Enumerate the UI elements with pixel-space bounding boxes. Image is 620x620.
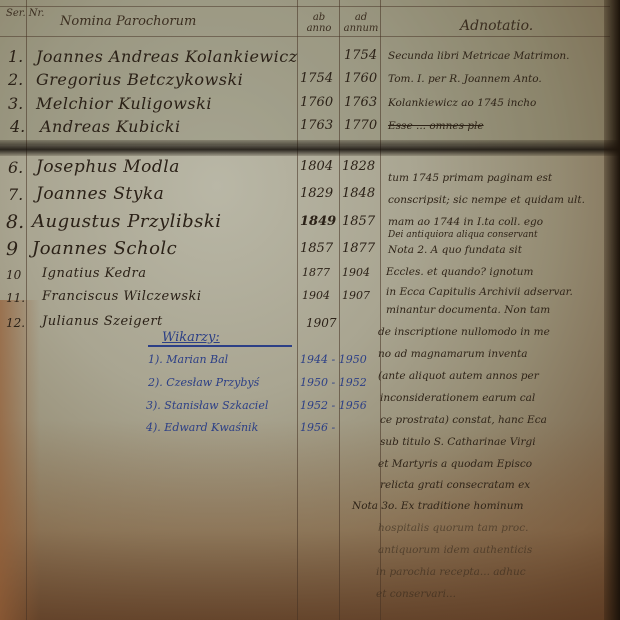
annotation-line: Kolankiewicz ao 1745 incho: [388, 97, 536, 109]
year-to: 1848: [342, 186, 375, 201]
annotation-line: Dei antiquiora aliqua conservant: [388, 230, 538, 240]
annotation-line: in Ecca Capitulis Archivii adservar.: [386, 286, 573, 298]
vicar-years: 1952 - 1956: [300, 399, 367, 412]
annotation-line: (ante aliquot autem annos per: [378, 370, 539, 382]
annotation-line: sub titulo S. Catharinae Virgi: [380, 436, 536, 448]
register-page: Ser. Nr. Nomina Parochorum ab anno ad an…: [0, 0, 620, 620]
annotation-line: Eccles. et quando? ignotum: [386, 266, 533, 278]
row-number: 9: [6, 238, 18, 260]
row-number: 7.: [8, 185, 23, 204]
row-number: 8.: [6, 211, 24, 233]
pastor-name: Ignatius Kedra: [42, 266, 146, 281]
annotation-line: inconsiderationem earum cal: [380, 392, 535, 404]
header-number: Ser. Nr.: [6, 8, 44, 19]
year-to: 1754: [344, 48, 377, 63]
annotation-line: minantur documenta. Non tam: [386, 304, 550, 316]
annotation-line: no ad magnamarum inventa: [378, 348, 528, 360]
annotation-line: in parochia recepta... adhuc: [376, 566, 526, 578]
edge-stain: [0, 300, 40, 620]
annotation-line: Esse ... omnes ple: [388, 120, 484, 132]
year-from: 1907: [306, 316, 337, 330]
row-number: 10: [6, 268, 21, 282]
vicars-heading: Wikarzy:: [162, 330, 220, 345]
year-to: 1770: [344, 118, 377, 133]
vicar-years: 1950 - 1952: [300, 376, 367, 389]
vicar-name: 2). Czesław Przybyś: [148, 376, 259, 389]
year-to: 1760: [344, 71, 377, 86]
annotation-line: relicta grati consecratam ex: [380, 479, 530, 491]
year-to: 1904: [342, 266, 370, 279]
year-to: 1907: [342, 289, 370, 302]
year-from: 1760: [300, 95, 333, 110]
pastor-name: Franciscus Wilczewski: [42, 289, 202, 304]
vicars-underline: [148, 345, 292, 347]
annotation-line: mam ao 1744 in I.ta coll. ego: [388, 216, 543, 228]
annotation-line: hospitalis quorum tam proc.: [378, 522, 528, 534]
annotation-line: tum 1745 primam paginam est: [388, 172, 552, 184]
header-names: Nomina Parochorum: [60, 14, 196, 29]
year-to: 1877: [342, 241, 375, 256]
annotation-line: ce prostrata) constat, hanc Eca: [380, 414, 547, 426]
row-rule: [0, 6, 610, 7]
row-number: 1.: [8, 47, 23, 66]
vicar-years: 1944 - 1950: [300, 353, 367, 366]
annotation-line: et Martyris a quodam Episco: [378, 458, 532, 470]
pastor-name: Joannes Scholc: [32, 238, 177, 259]
annotation-line: Tom. I. per R. Joannem Anto.: [388, 73, 542, 85]
header-from: ab anno: [300, 12, 338, 34]
pastor-name: Julianus Szeigert: [42, 314, 163, 329]
annotation-line: et conservari...: [376, 588, 456, 600]
page-edge: [604, 0, 620, 620]
year-from: 1849: [300, 214, 336, 229]
year-to: 1828: [342, 159, 375, 174]
page-fold: [0, 140, 620, 156]
pastor-name: Joannes Andreas Kolankiewicz: [36, 47, 298, 66]
annotation-line: Nota 3o. Ex traditione hominum: [352, 500, 523, 512]
row-number: 11.: [6, 291, 25, 305]
pastor-name: Andreas Kubicki: [40, 117, 181, 136]
header-rule: [0, 36, 610, 37]
vicar-name: 3). Stanisław Szkaciel: [146, 399, 268, 412]
column-rule: [339, 0, 340, 620]
year-from: 1857: [300, 241, 333, 256]
column-rule: [297, 0, 298, 620]
year-from: 1754: [300, 71, 333, 86]
row-number: 3.: [8, 94, 23, 113]
annotation-line: Nota 2. A quo fundata sit: [388, 244, 522, 256]
header-notes: Adnotatio.: [460, 18, 533, 34]
vicar-years: 1956 -: [300, 421, 335, 434]
annotation-line: de inscriptione nullomodo in me: [378, 326, 550, 338]
annotation-line: conscripsit; sic nempe et quidam ult.: [388, 194, 585, 206]
row-number: 6.: [8, 158, 23, 177]
pastor-name: Augustus Przylibski: [32, 211, 222, 232]
annotation-line: antiquorum idem authenticis: [378, 544, 532, 556]
pastor-name: Joannes Styka: [36, 184, 164, 204]
pastor-name: Josephus Modla: [36, 157, 180, 177]
row-number: 2.: [8, 70, 23, 89]
water-stain: [0, 420, 620, 620]
row-number: 4.: [10, 117, 25, 136]
column-rule: [26, 0, 27, 620]
year-to: 1857: [342, 214, 375, 229]
year-from: 1877: [302, 266, 330, 279]
vicar-name: 4). Edward Kwaśnik: [146, 421, 258, 434]
annotation-line: Secunda libri Metricae Matrimon.: [388, 50, 570, 62]
header-to: ad annum: [342, 12, 380, 34]
year-from: 1829: [300, 186, 333, 201]
row-number: 12.: [6, 316, 25, 330]
vicar-name: 1). Marian Bal: [148, 353, 228, 366]
pastor-name: Gregorius Betczykowski: [36, 70, 243, 89]
year-from: 1904: [302, 289, 330, 302]
pastor-name: Melchior Kuligowski: [36, 94, 212, 113]
year-from: 1763: [300, 118, 333, 133]
year-to: 1763: [344, 95, 377, 110]
year-from: 1804: [300, 159, 333, 174]
